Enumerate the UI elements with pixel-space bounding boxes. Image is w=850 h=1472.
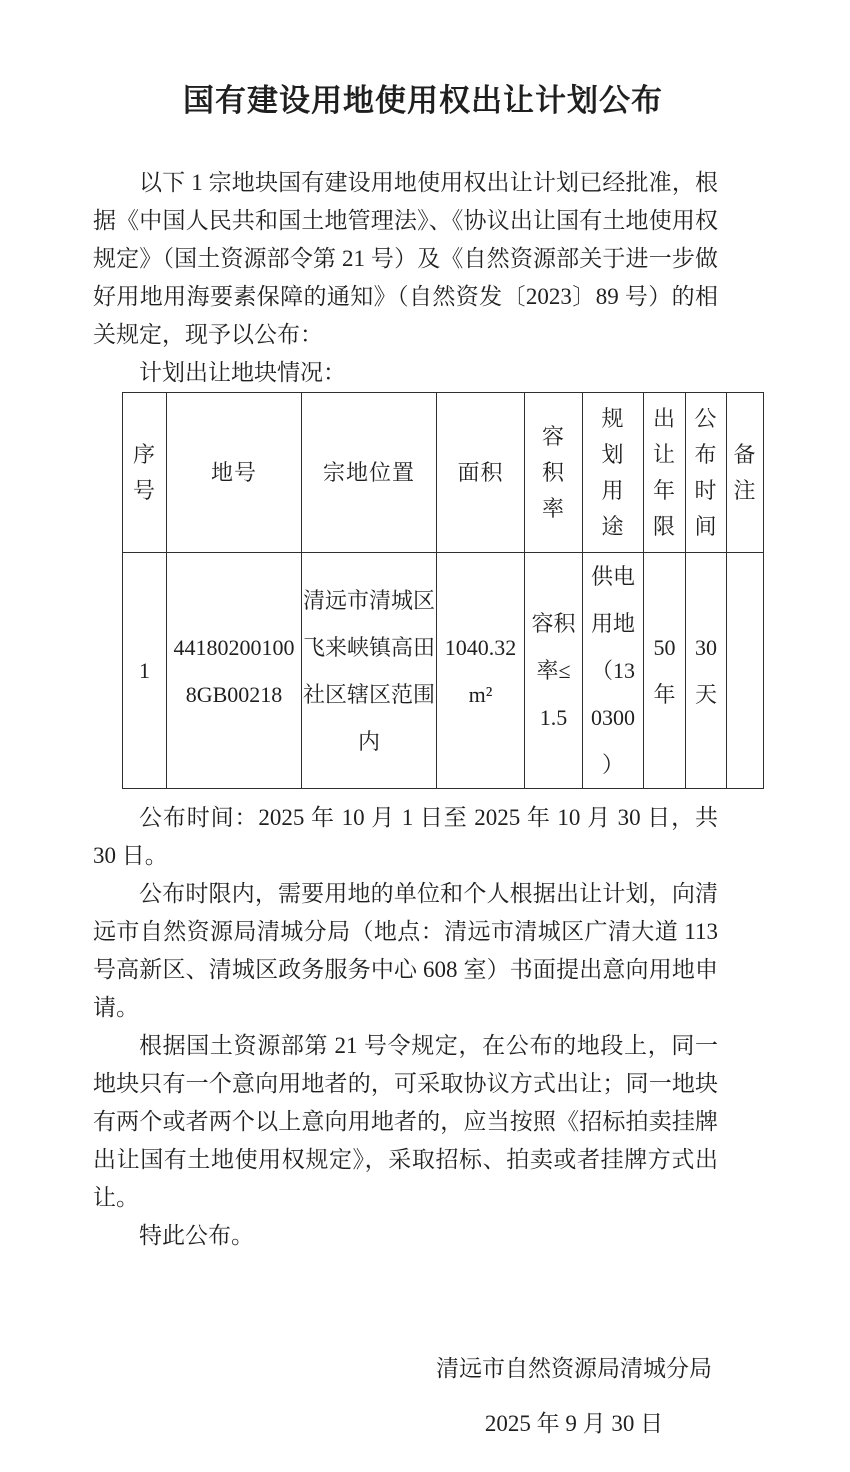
col-header-remarks: 备 注 xyxy=(727,393,764,553)
col-header-floor-area-ratio: 容 积 率 xyxy=(525,393,583,553)
regulation-paragraph: 根据国土资源部第 21 号令规定，在公布的地段上，同一地块只有一个意向用地者的，… xyxy=(93,1027,718,1217)
cell-remarks xyxy=(727,553,764,789)
col-header-plot-number: 地号 xyxy=(167,393,302,553)
col-header-planned-use: 规 划 用 途 xyxy=(583,393,644,553)
col-header-index: 序 号 xyxy=(123,393,167,553)
cell-planned-use: 供电 用地 （13 0300 ） xyxy=(583,553,644,789)
col-header-location: 宗地位置 xyxy=(302,393,437,553)
cell-floor-area-ratio: 容积 率≤ 1.5 xyxy=(525,553,583,789)
table-header-row: 序 号 地号 宗地位置 面积 容 积 率 规 划 用 途 出 让 年 限 公 布… xyxy=(123,393,764,553)
document-body: 以下 1 宗地块国有建设用地使用权出让计划已经批准，根据《中国人民共和国土地管理… xyxy=(93,164,718,1451)
land-plots-table: 序 号 地号 宗地位置 面积 容 积 率 规 划 用 途 出 让 年 限 公 布… xyxy=(122,392,764,789)
col-header-publicity-time: 公 布 时 间 xyxy=(686,393,727,553)
cell-plot-number: 44180200100 8GB00218 xyxy=(167,553,302,789)
application-paragraph: 公布时限内，需要用地的单位和个人根据出让计划，向清远市自然资源局清城分局（地点：… xyxy=(93,875,718,1027)
cell-publicity-time: 30 天 xyxy=(686,553,727,789)
col-header-area: 面积 xyxy=(437,393,525,553)
issuer-name: 清远市自然资源局清城分局 xyxy=(436,1341,712,1396)
col-header-grant-term: 出 让 年 限 xyxy=(644,393,686,553)
table-row: 1 44180200100 8GB00218 清远市清城区 飞来峡镇高田 社区辖… xyxy=(123,553,764,789)
cell-location: 清远市清城区 飞来峡镇高田 社区辖区范围 内 xyxy=(302,553,437,789)
issue-date: 2025 年 9 月 30 日 xyxy=(436,1396,712,1451)
cell-index: 1 xyxy=(123,553,167,789)
closing-paragraph: 特此公布。 xyxy=(93,1217,718,1255)
document-page: 国有建设用地使用权出让计划公布 以下 1 宗地块国有建设用地使用权出让计划已经批… xyxy=(0,0,850,1472)
page-title: 国有建设用地使用权出让计划公布 xyxy=(93,80,753,122)
table-caption: 计划出让地块情况： xyxy=(93,354,718,392)
intro-paragraph: 以下 1 宗地块国有建设用地使用权出让计划已经批准，根据《中国人民共和国土地管理… xyxy=(93,164,718,354)
cell-grant-term: 50 年 xyxy=(644,553,686,789)
cell-area: 1040.32 m² xyxy=(437,553,525,789)
publicity-period-paragraph: 公布时间：2025 年 10 月 1 日至 2025 年 10 月 30 日，共… xyxy=(93,799,718,875)
signature-block: 清远市自然资源局清城分局 2025 年 9 月 30 日 xyxy=(436,1341,712,1451)
